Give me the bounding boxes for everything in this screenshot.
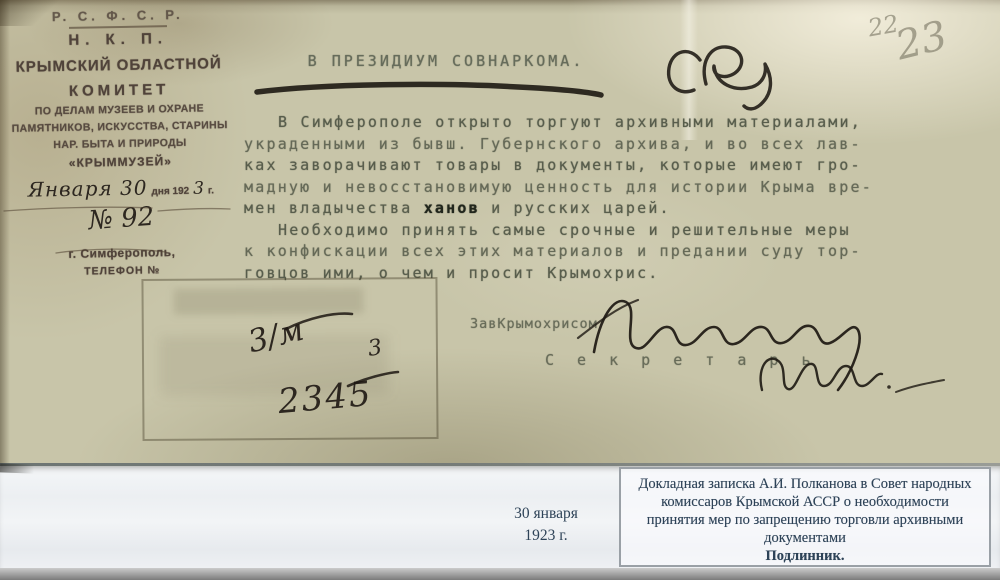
letterhead: Р. С. Ф. С. Р. Н. К. П. КРЫМСКИЙ ОБЛАСТН… [0,6,242,279]
date-printed-part: дня 192 [151,186,189,200]
letterhead-org-line1: КРЫМСКИЙ ОБЛАСТНОЙ [0,55,239,76]
mat-shadow-notch [0,463,34,473]
caption-line: принятия мер по запрещению торговли архи… [621,511,989,529]
caption-date: 30 января 1923 г. [478,503,614,547]
signer-role-krymokhris: ЗавКрымохрисом [470,316,598,332]
stamp-remnant [174,287,364,314]
body-line-part: и русских царей. [480,199,671,217]
letterhead-rsfsr: Р. С. Ф. С. Р. [0,6,238,25]
caption-original-label: Подлинник. [621,547,989,565]
date-year-digit-handwritten: 3 [193,179,204,199]
body-line: ках заворачивают товары в документы, кот… [244,155,912,177]
letterhead-divider [69,25,167,29]
date-month-handwritten: Января 30 [27,176,147,202]
document-title: В ПРЕЗИДИУМ СОВНАРКОМА. [296,52,596,70]
caption-line: Докладная записка А.И. Полканова в Совет… [621,475,989,493]
signer-role-secretary: С е к р е т а р ь [545,351,818,369]
body-line-part: мен владычества [244,199,424,217]
body-line: Необходимо принять самые срочные и решит… [244,220,912,242]
caption-box: Докладная записка А.И. Полканова в Совет… [619,467,991,567]
body-line: мен владычества ханов и русских царей. [244,198,912,220]
shelf-edge [0,568,1000,580]
caption-date-line2: 1923 г. [478,525,614,547]
letterhead-org-line2: КОМИТЕТ [0,80,239,101]
letterhead-nkp: Н. К. П. [0,29,238,50]
document-photo: Р. С. Ф. С. Р. Н. К. П. КРЫМСКИЙ ОБЛАСТН… [0,0,1000,580]
body-line: мадную и невосстановимую ценность для ис… [244,177,912,199]
letterhead-org-line5: НАР. БЫТА И ПРИРОДЫ [0,136,240,152]
caption-line: комиссаров Крымской АССР о необходимости [621,493,989,511]
document-body: В Симферополе открыто торгуют архивными … [244,112,912,284]
letterhead-org-line3: ПО ДЕЛАМ МУЗЕЕВ И ОХРАНЕ [0,102,240,118]
document-number: № 92 [1,196,243,243]
letterhead-org-name: «КРЫММУЗЕЙ» [0,153,240,171]
body-line: В Симферополе открыто торгуют архивными … [244,112,912,134]
caption-line: документами [621,529,989,547]
stamp-handwritten-number: 2345 [276,374,374,422]
caption-date-line1: 30 января [478,503,614,525]
body-emphasized-word: ханов [424,199,480,217]
letterhead-org-line4: ПАМЯТНИКОВ, ИСКУССТВА, СТАРИНЫ [0,119,240,135]
body-line: к конфискации всех этих материалов и пре… [244,241,912,263]
letterhead-city: г. Симферополь, [2,244,242,262]
body-line: украденными из бывш. Губернского архива,… [244,134,912,156]
